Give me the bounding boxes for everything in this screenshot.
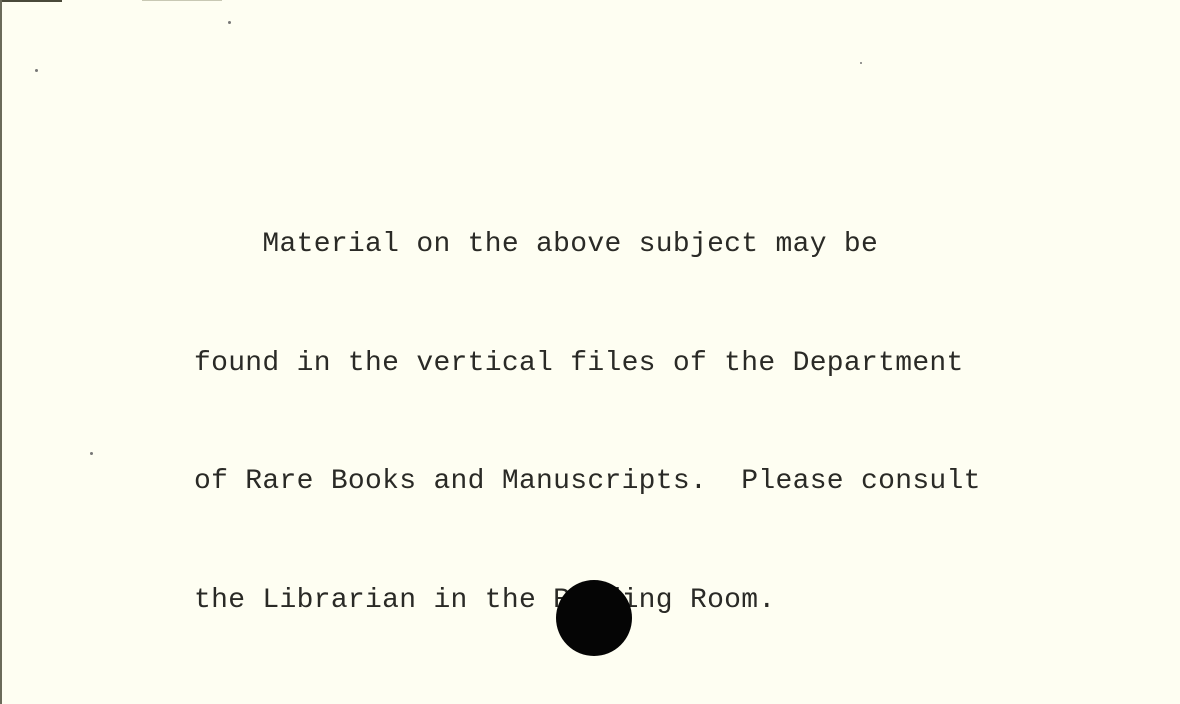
paper-speck <box>860 62 862 64</box>
punch-hole <box>556 580 632 656</box>
card-edge-mark <box>142 0 222 1</box>
card-text-line: found in the vertical files of the Depar… <box>194 344 981 384</box>
paper-speck <box>35 69 38 72</box>
paper-speck <box>90 452 93 455</box>
paper-speck <box>228 21 231 24</box>
card-edge-mark <box>2 0 62 2</box>
catalog-card: Material on the above subject may be fou… <box>0 0 1180 704</box>
card-text-line: of Rare Books and Manuscripts. Please co… <box>194 462 981 502</box>
card-text-line: Material on the above subject may be <box>194 225 981 265</box>
